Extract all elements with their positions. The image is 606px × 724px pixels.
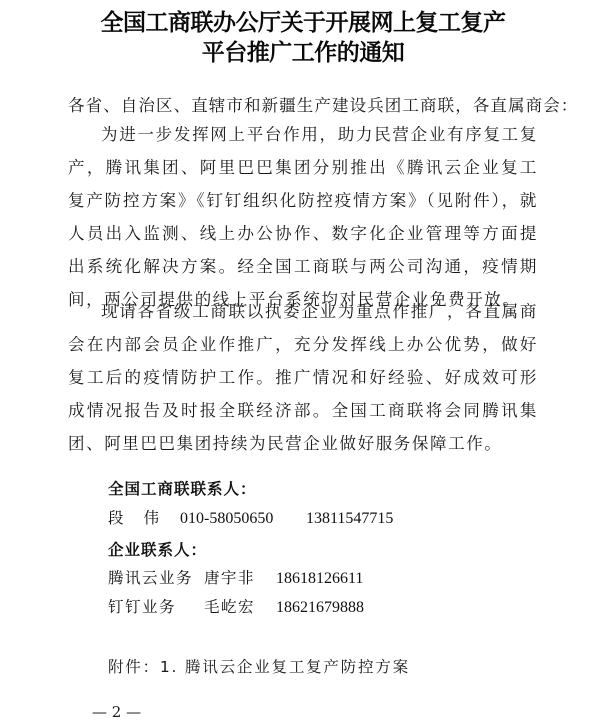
enterprise-contact-row: 钉钉业务 毛屹宏 18621679888 — [108, 595, 364, 617]
body-paragraph-2: 现请各省级工商联以执委企业为重点作推广，各直属商会在内部会员企业作推广，充分发挥… — [68, 295, 538, 460]
federation-contact-row: 段伟 010-58050650 13811547715 — [108, 506, 393, 528]
enterprise-contact-row: 腾讯云业务 唐宇非 18618126611 — [108, 566, 363, 588]
salutation: 各省、自治区、直辖市和新疆生产建设兵团工商联，各直属商会： — [68, 92, 578, 116]
paragraph-text: 为进一步发挥网上平台作用，助力民营企业有序复工复产，腾讯集团、阿里巴巴集团分别推… — [68, 118, 538, 316]
enterprise-contact-heading: 企业联系人： — [108, 538, 207, 560]
contact-department: 钉钉业务 — [108, 595, 204, 617]
document-title-line-2: 平台推广工作的通知 — [0, 34, 606, 67]
federation-contact-heading: 全国工商联联系人： — [108, 477, 257, 499]
contact-mobile: 18618126611 — [276, 570, 363, 588]
contact-mobile: 13811547715 — [306, 510, 393, 528]
attachment-line: 附件：1. 腾讯云企业复工复产防控方案 — [108, 655, 410, 677]
contact-department: 腾讯云业务 — [108, 566, 204, 588]
body-paragraph-1: 为进一步发挥网上平台作用，助力民营企业有序复工复产，腾讯集团、阿里巴巴集团分别推… — [68, 118, 538, 316]
contact-name: 毛屹宏 — [204, 595, 276, 617]
document-title-line-1: 全国工商联办公厅关于开展网上复工复产 — [0, 4, 606, 37]
paragraph-text: 现请各省级工商联以执委企业为重点作推广，各直属商会在内部会员企业作推广，充分发挥… — [68, 295, 538, 460]
page-number: — 2 — — [92, 703, 141, 721]
contact-mobile: 18621679888 — [276, 599, 364, 617]
contact-name: 唐宇非 — [204, 566, 276, 588]
contact-phone: 010-58050650 — [180, 510, 306, 528]
contact-name: 段伟 — [108, 506, 180, 528]
